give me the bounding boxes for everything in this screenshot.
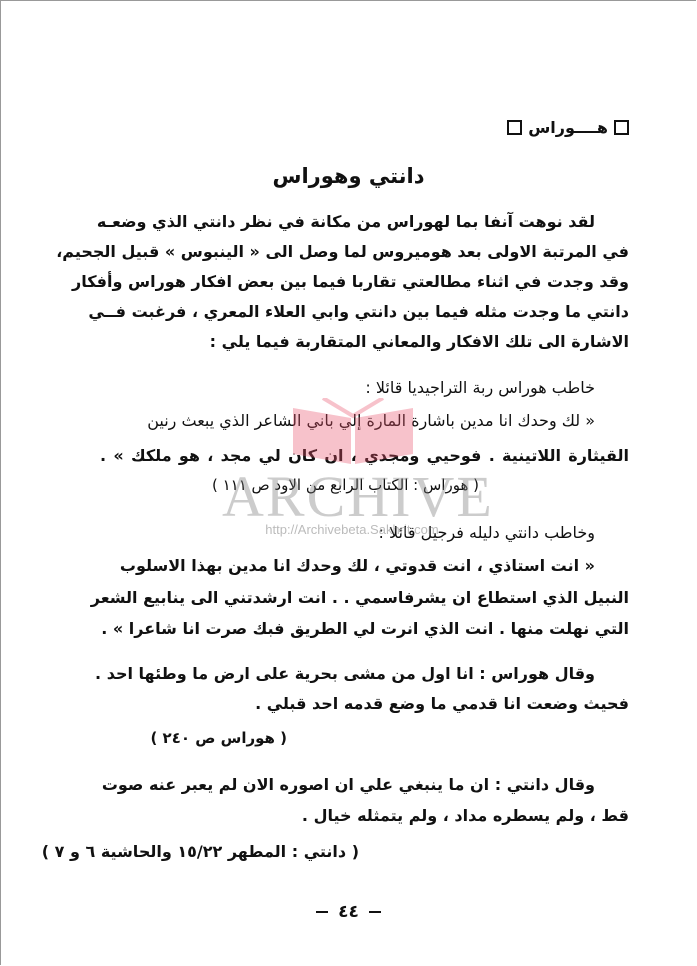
paragraph-line: وقد وجدت في اثناء مطالعتي تقاربا فيما بي… <box>100 272 629 291</box>
quote-intro: وخاطب دانتي دليله فرجيل قائلا : <box>100 523 629 542</box>
quote-line: وقال هوراس : انا اول من مشى بحرية على ار… <box>100 664 629 683</box>
quote-line: النبيل الذي استطاع ان يشرفاسمي . . انت ا… <box>100 588 629 607</box>
running-header-text: هــــوراس <box>528 118 608 137</box>
dash-ornament <box>369 911 381 913</box>
paragraph-line: لقد نوهت آنفا بما لهوراس من مكانة في نظر… <box>100 212 629 231</box>
quote-line: « لك وحدك انا مدين باشارة المارة إلي بان… <box>100 411 629 430</box>
citation: ( دانتي : المطهر ١٥/٢٢ والحاشية ٦ و ٧ ) <box>42 842 359 861</box>
paragraph-line: دانتي ما وجدت مثله فيما بين دانتي وابي ا… <box>100 302 629 321</box>
quote-line: وقال دانتي : ان ما ينبغي علي ان اصوره ال… <box>100 775 629 794</box>
citation: ( هوراس ص ٢٤٠ ) <box>150 729 287 747</box>
quote-line: التي نهلت منها . انت الذي انرت لي الطريق… <box>100 619 629 638</box>
quote-intro: خاطب هوراس ربة التراجيديا قائلا : <box>100 378 629 397</box>
quote-line: « انت استاذي ، انت قدوتي ، لك وحدك انا م… <box>100 556 629 575</box>
book-page: هــــوراس دانتي وهوراس لقد نوهت آنفا بما… <box>0 0 697 966</box>
page-number-text: ٤٤ <box>338 902 359 922</box>
square-ornament-icon <box>614 120 629 135</box>
quote-line: فحيث وضعت انا قدمي ما وضع قدمه احد قبلي … <box>100 694 629 713</box>
paragraph-line: في المرتبة الاولى بعد هوميروس لما وصل ال… <box>100 242 629 261</box>
section-title: دانتي وهوراس <box>0 164 697 188</box>
paragraph-line: الاشارة الى تلك الافكار والمعاني المتقار… <box>100 332 629 351</box>
page-number: ٤٤ <box>0 902 697 922</box>
quote-line: قط ، ولم يسطره مداد ، ولم يتمثله خيال . <box>100 806 629 825</box>
running-header: هــــوراس <box>507 118 629 137</box>
dash-ornament <box>316 911 328 913</box>
quote-line: القيثارة اللاتينية . فوحيي ومجدي ، ان كا… <box>100 446 629 465</box>
square-ornament-icon <box>507 120 522 135</box>
citation: ( هوراس : الكتاب الرابع من الاود ص ١١١ ) <box>212 476 479 494</box>
